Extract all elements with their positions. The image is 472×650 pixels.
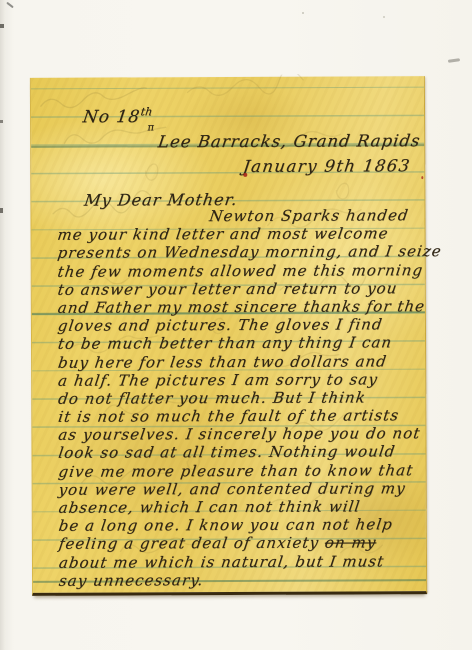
letter-number-text: No 18 <box>82 107 142 127</box>
letter-line-text: feeling a great deal of anxiety <box>58 534 321 553</box>
scanner-edge-mark <box>0 120 3 123</box>
letter-line: it is not so much the fault of the artis… <box>57 406 424 426</box>
letter-line: Newton Sparks handed <box>56 206 423 226</box>
dust-speck <box>302 12 304 14</box>
letter-line: give me more pleasure than to know that <box>57 461 424 481</box>
letter-line: presents on Wednesday morning, and I sei… <box>56 243 423 263</box>
letter-number: No 18th π <box>82 105 154 127</box>
letter-line: me your kind letter and most welcome <box>56 224 423 244</box>
letter-line: do not flatter you much. But I think <box>57 388 424 408</box>
letter-date-line: January 9th 1863 <box>242 156 412 176</box>
letter-line: a half. The pictures I am sorry to say <box>57 370 424 390</box>
scanner-background: No 18th π Lee Barracks, Grand Rapids Jan… <box>0 0 472 650</box>
dust-speck <box>383 16 385 18</box>
red-ink-fleck <box>421 176 423 179</box>
letter-line: be a long one. I know you can not help <box>58 515 425 535</box>
letter-line: absence, which I can not think will <box>58 497 425 517</box>
letter-place-line: Lee Barracks, Grand Rapids <box>156 131 421 151</box>
letter-line: gloves and pictures. The gloves I find <box>57 315 424 335</box>
letter-line: you were well, and contented during my <box>57 479 424 499</box>
letter-line: to answer your letter and return to you <box>57 279 424 299</box>
letter-line: about me which is natural, but I must <box>58 552 425 572</box>
letter-line: feeling a great deal of anxiety on my <box>58 534 425 554</box>
scanner-edge-mark <box>0 24 4 28</box>
scan-smudge <box>448 58 460 63</box>
letter-line: as yourselves. I sincerely hope you do n… <box>57 424 424 444</box>
letter-line: look so sad at all times. Nothing would <box>57 443 424 463</box>
struck-out-words: on my <box>324 534 378 552</box>
letter-paper: No 18th π Lee Barracks, Grand Rapids Jan… <box>30 76 427 596</box>
letter-line: the few moments allowed me this morning <box>56 261 423 281</box>
scanner-edge-mark <box>0 208 3 213</box>
letter-number-flourish: π <box>147 122 156 133</box>
red-ink-fleck <box>243 173 247 177</box>
letter-line: and Father my most sincere thanks for th… <box>57 297 424 317</box>
letter-body: Newton Sparks handed me your kind letter… <box>57 206 424 590</box>
letter-line: to be much better than any thing I can <box>57 333 424 353</box>
scan-artifact-mark <box>6 2 14 9</box>
letter-line: buy here for less than two dollars and <box>57 352 424 372</box>
letter-line: say unnecessary. <box>58 570 425 590</box>
letter-number-superscript: th <box>140 105 153 118</box>
